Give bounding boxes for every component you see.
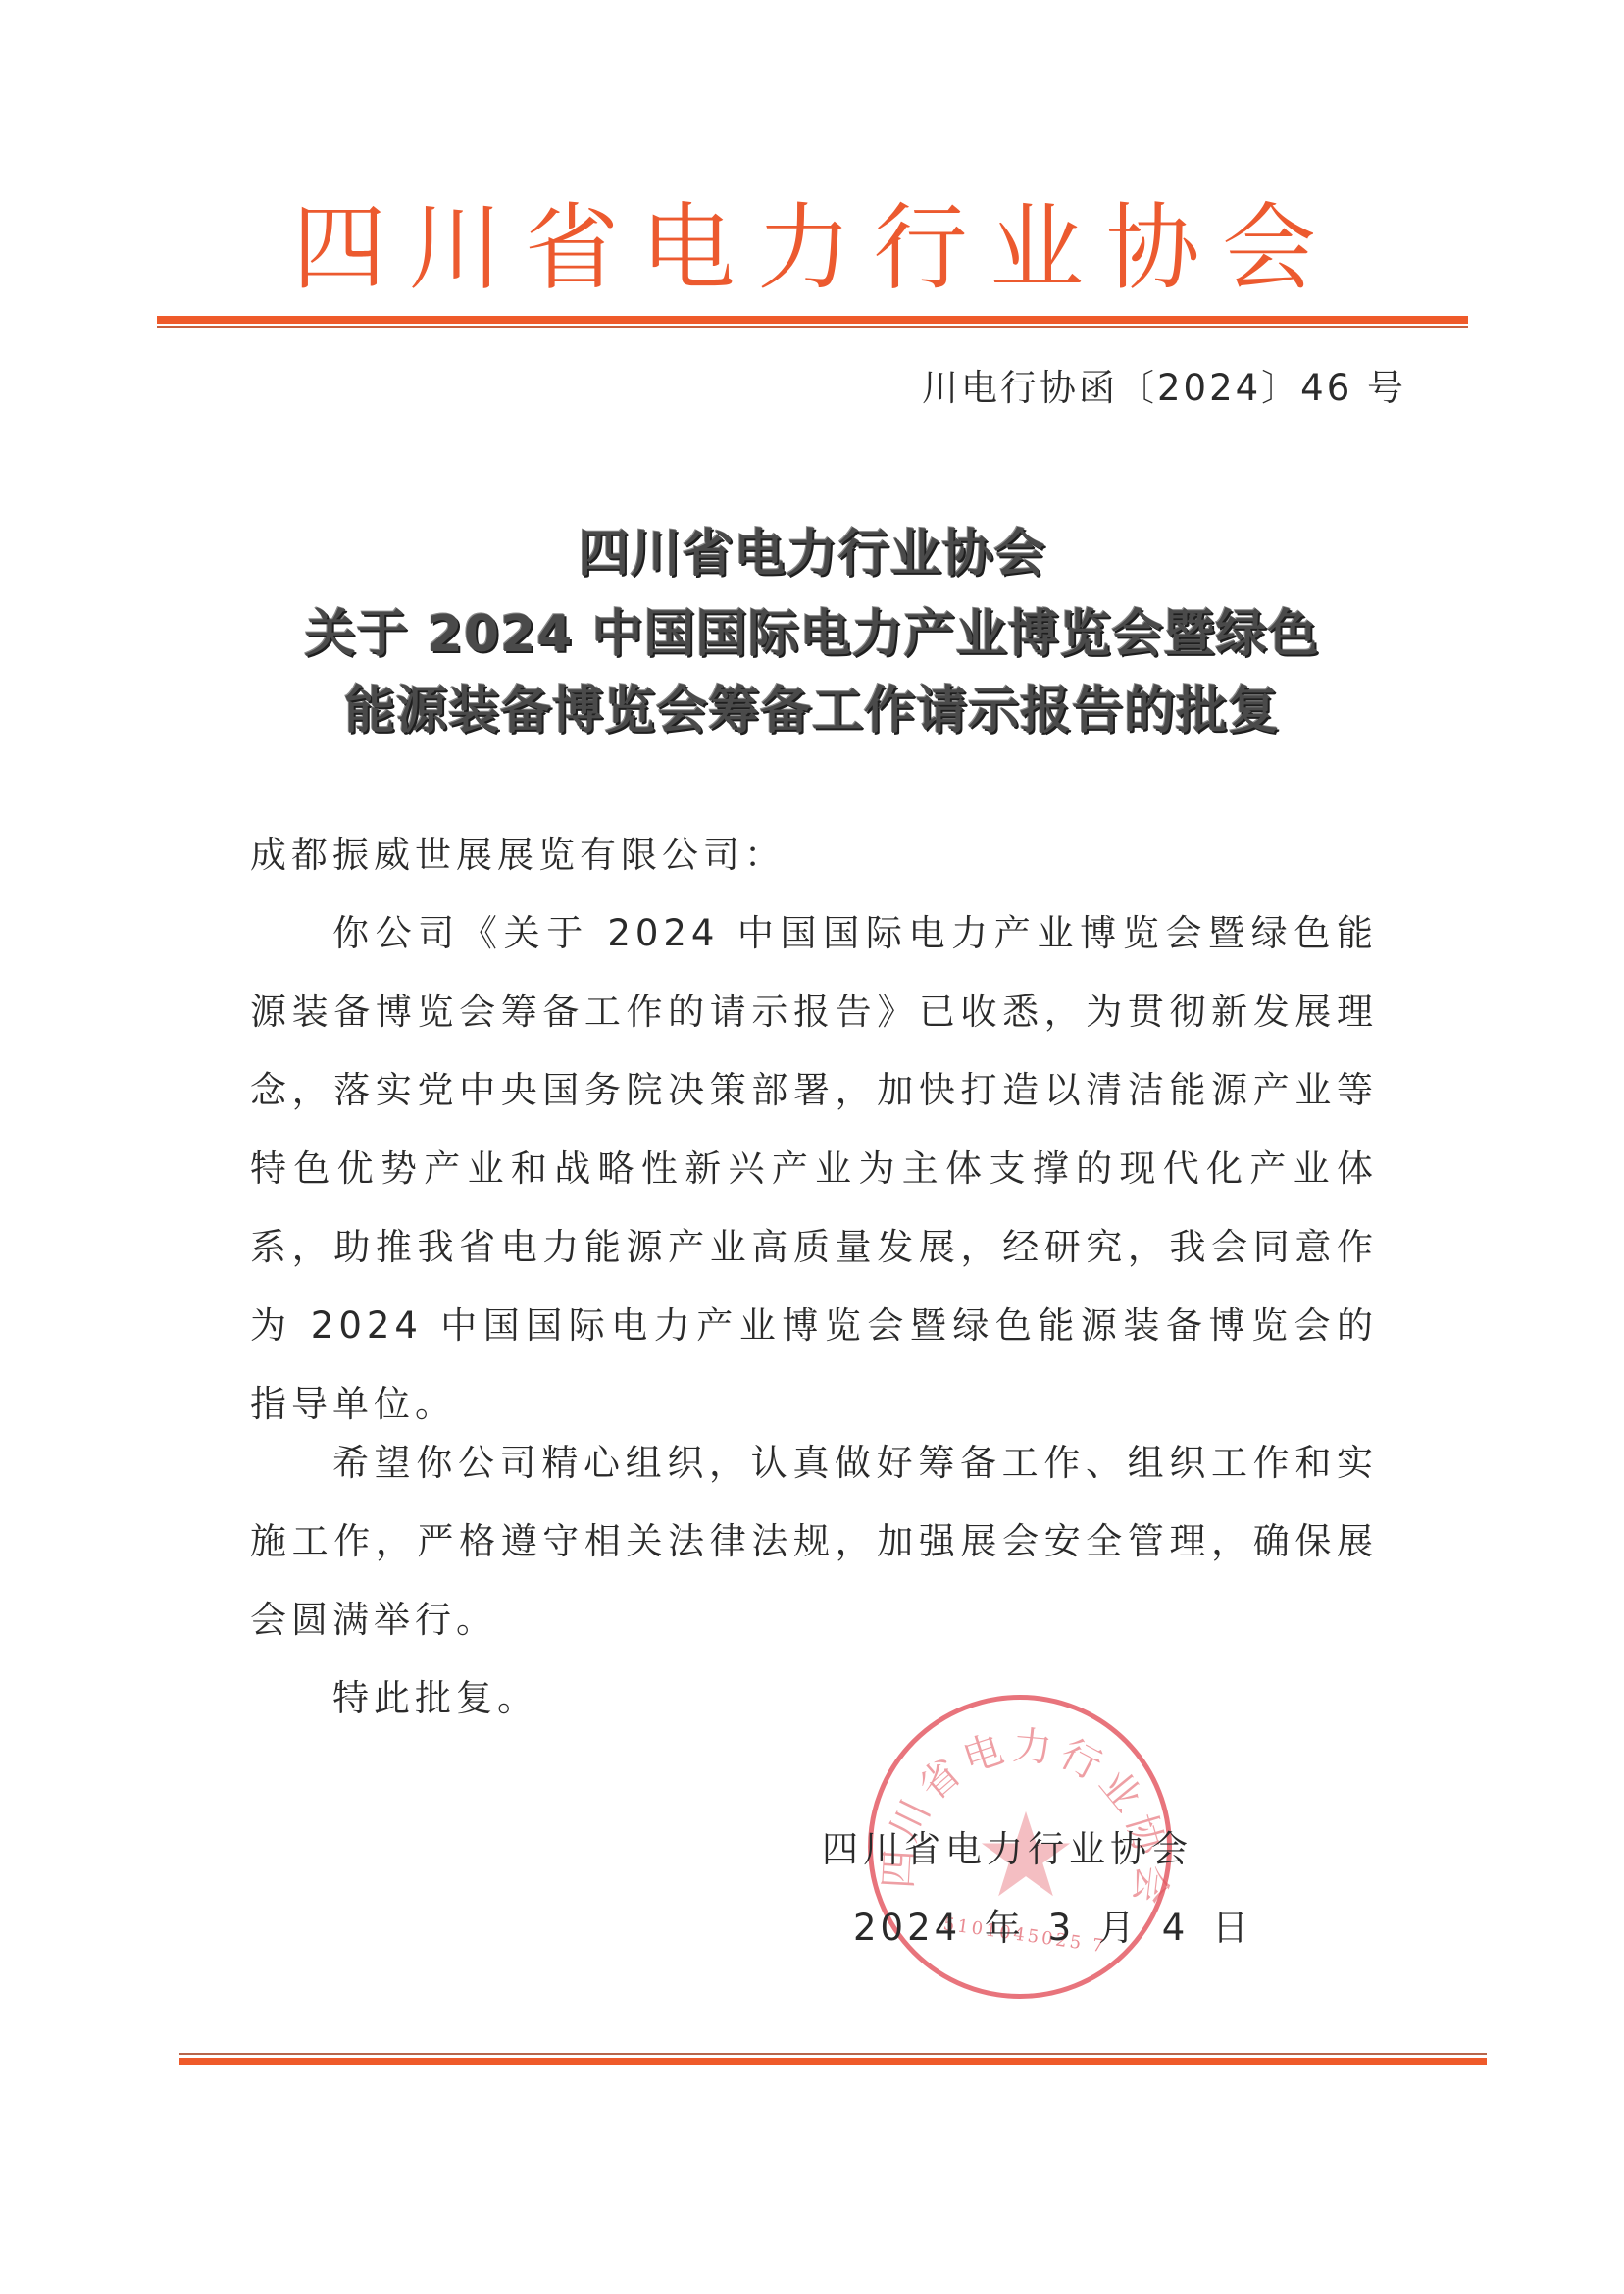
- paragraph-text: 希望你公司精心组织，认真做好筹备工作、组织工作和实施工作，严格遵守相关法律法规，…: [250, 1424, 1378, 1659]
- paragraph-text: 你公司《关于 2024 中国国际电力产业博览会暨绿色能源装备博览会筹备工作的请示…: [250, 894, 1378, 1444]
- masthead-char: 协: [1098, 174, 1208, 308]
- signing-organization: 四川省电力行业协会: [822, 1819, 1193, 1872]
- masthead-char: 川: [401, 174, 511, 308]
- masthead-char: 行: [866, 174, 976, 308]
- footer-divider-thin: [179, 2053, 1487, 2055]
- body-paragraph-closing: 特此批复。: [250, 1659, 1378, 1738]
- footer-divider: [179, 2058, 1487, 2065]
- document-title-line-2: 关于 2024 中国国际电力产业博览会暨绿色: [0, 592, 1624, 666]
- document-title-line-1: 四川省电力行业协会: [0, 512, 1624, 586]
- masthead-char: 四: [284, 174, 394, 308]
- header-divider-thin: [157, 326, 1468, 328]
- masthead-char: 力: [749, 174, 859, 308]
- document-number: 川电行协函〔2024〕46 号: [922, 358, 1406, 411]
- salutation: 成都振威世展展览有限公司：: [250, 816, 1378, 894]
- masthead-char: 业: [982, 174, 1091, 308]
- masthead-char: 会: [1214, 174, 1324, 308]
- paragraph-text: 特此批复。: [250, 1659, 1378, 1738]
- masthead-char: 省: [517, 174, 627, 308]
- body-paragraph-1: 你公司《关于 2024 中国国际电力产业博览会暨绿色能源装备博览会筹备工作的请示…: [250, 894, 1378, 1444]
- masthead-title: 四 川 省 电 力 行 业 协 会: [284, 186, 1324, 294]
- document-title-line-3: 能源装备博览会筹备工作请示报告的批复: [0, 669, 1624, 742]
- header-divider: [157, 316, 1468, 324]
- body-paragraph-2: 希望你公司精心组织，认真做好筹备工作、组织工作和实施工作，严格遵守相关法律法规，…: [250, 1424, 1378, 1659]
- signing-date: 2024 年 3 月 4 日: [853, 1898, 1252, 1951]
- masthead-char: 电: [634, 174, 743, 308]
